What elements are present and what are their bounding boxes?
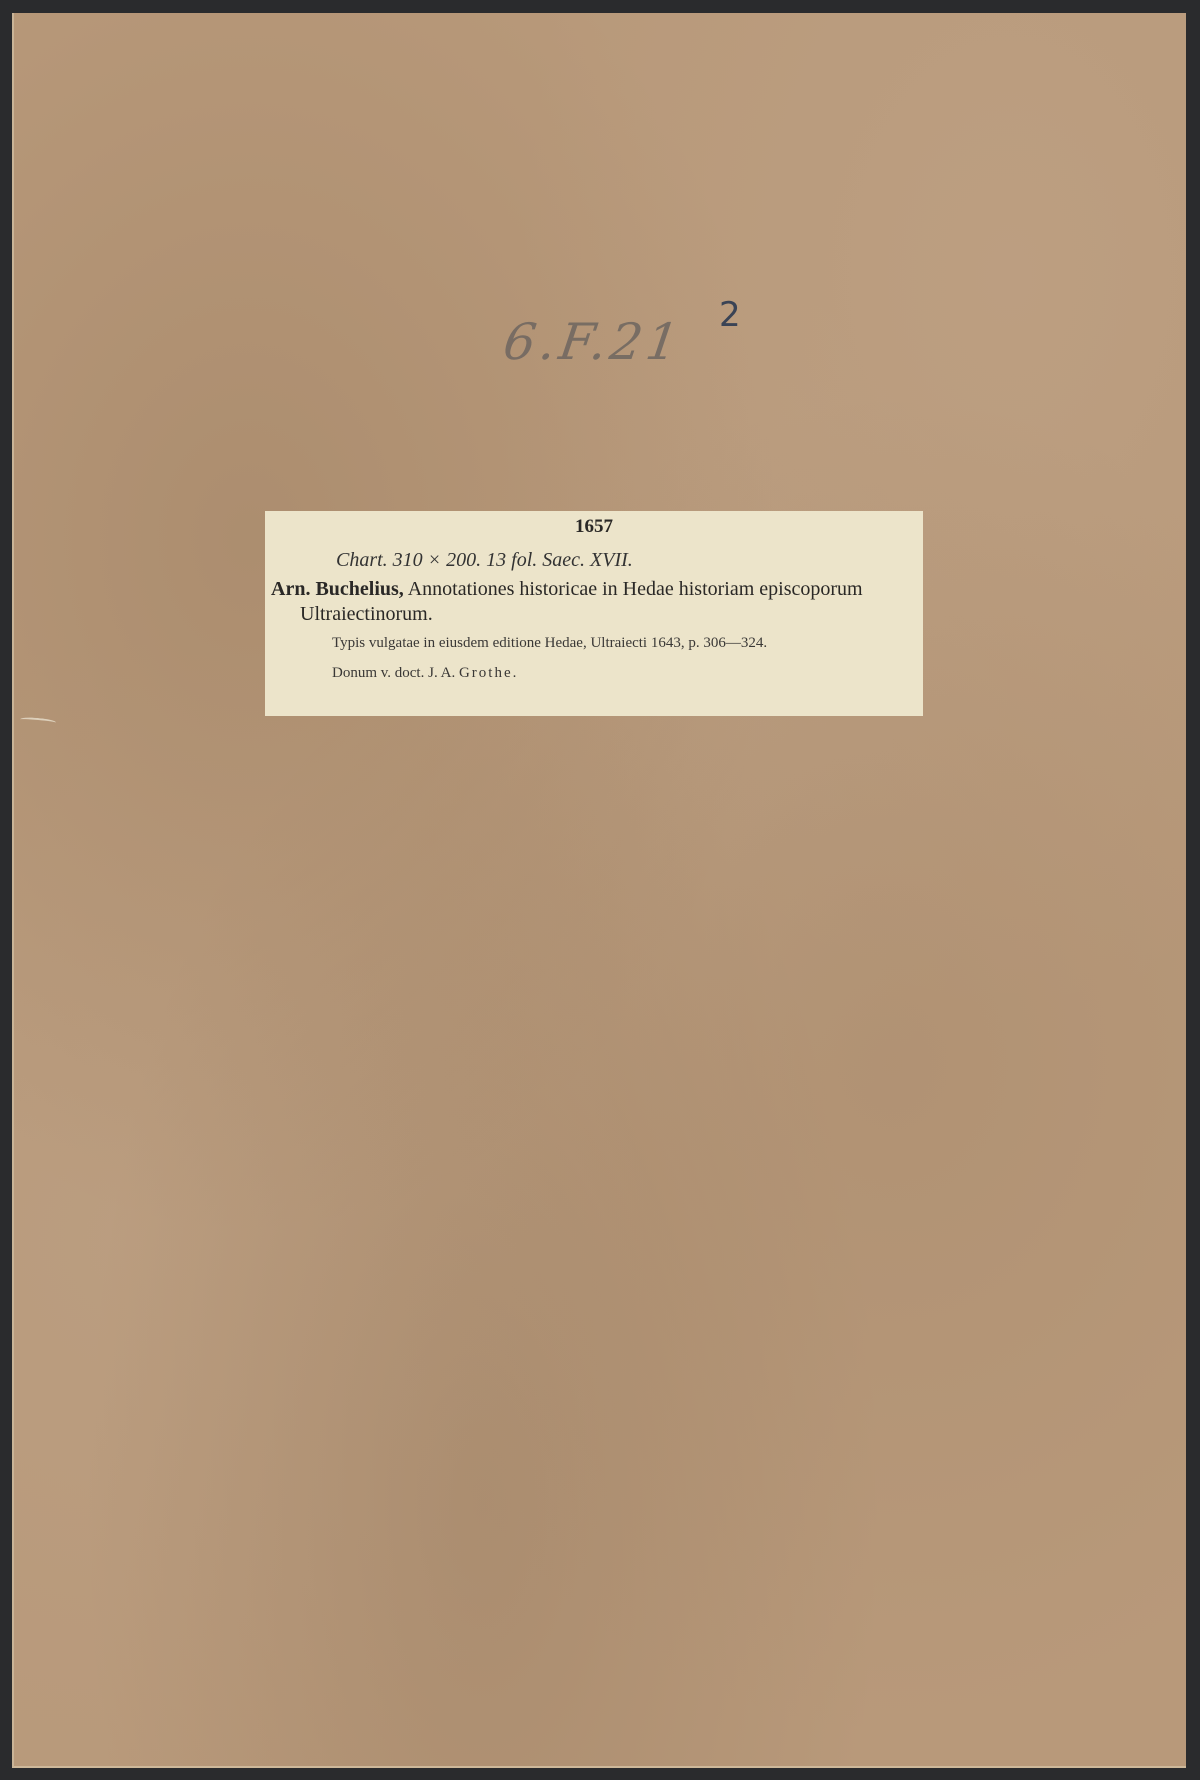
catalog-label: 1657 Chart. 310 × 200. 13 fol. Saec. XVI… (265, 511, 923, 716)
catalog-number: 1657 (271, 513, 917, 545)
title-entry: Arn. Buchelius, Annotationes historicae … (271, 577, 917, 627)
handwritten-shelfmark: 6.F.21 (500, 313, 686, 371)
donor-prefix: Donum v. doct. J. A. (332, 665, 455, 681)
shelfmark-superscript: 2 (719, 295, 741, 335)
author-name: Arn. Buchelius, (271, 578, 404, 600)
physical-description: Chart. 310 × 200. 13 fol. Saec. XVII. (336, 545, 917, 577)
edition-note: Typis vulgatae in eiusdem editione Hedae… (332, 635, 917, 652)
title-line-1: Annotationes historicae in Hedae histori… (408, 578, 863, 600)
donor-note: Donum v. doct. J. A. Grothe. (332, 665, 917, 682)
title-line-2: Ultraiectinorum. (300, 602, 917, 627)
folder-cover: 6.F.21 2 (12, 13, 1186, 1768)
donor-name: Grothe. (459, 665, 518, 681)
